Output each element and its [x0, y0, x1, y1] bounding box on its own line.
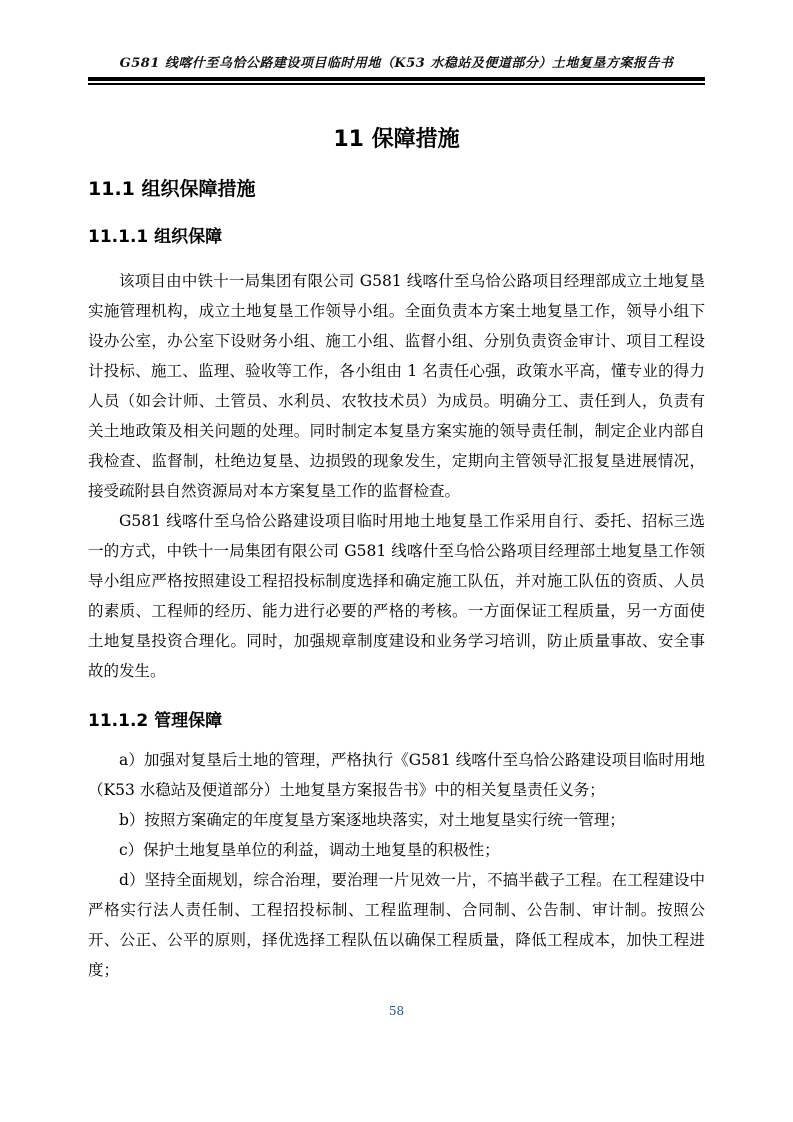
subsection-title-management: 11.1.2 管理保障	[88, 710, 705, 733]
running-header: G581 线喀什至乌恰公路建设项目临时用地（K53 水稳站及便道部分）土地复垦方…	[88, 0, 705, 71]
chapter-title: 11 保障措施	[88, 125, 705, 155]
page-content: G581 线喀什至乌恰公路建设项目临时用地（K53 水稳站及便道部分）土地复垦方…	[0, 0, 793, 985]
section-title: 11.1 组织保障措施	[88, 177, 705, 203]
paragraph-organization-2: G581 线喀什至乌恰公路建设项目临时用地土地复垦工作采用自行、委托、招标三选一…	[88, 506, 705, 686]
document-page: G581 线喀什至乌恰公路建设项目临时用地（K53 水稳站及便道部分）土地复垦方…	[0, 0, 793, 1122]
list-item-d: d）坚持全面规划，综合治理，要治理一片见效一片，不搞半截子工程。在工程建设中严格…	[88, 865, 705, 985]
header-rule-divider	[88, 77, 705, 85]
subsection-title-organization: 11.1.1 组织保障	[88, 226, 705, 249]
list-item-c: c）保护土地复垦单位的利益，调动土地复垦的积极性；	[88, 835, 705, 865]
paragraph-organization-1: 该项目由中铁十一局集团有限公司 G581 线喀什至乌恰公路项目经理部成立土地复垦…	[88, 266, 705, 506]
page-number: 58	[0, 1004, 793, 1018]
list-item-a: a）加强对复垦后土地的管理，严格执行《G581 线喀什至乌恰公路建设项目临时用地…	[88, 745, 705, 805]
list-item-b: b）按照方案确定的年度复垦方案逐地块落实，对土地复垦实行统一管理；	[88, 805, 705, 835]
